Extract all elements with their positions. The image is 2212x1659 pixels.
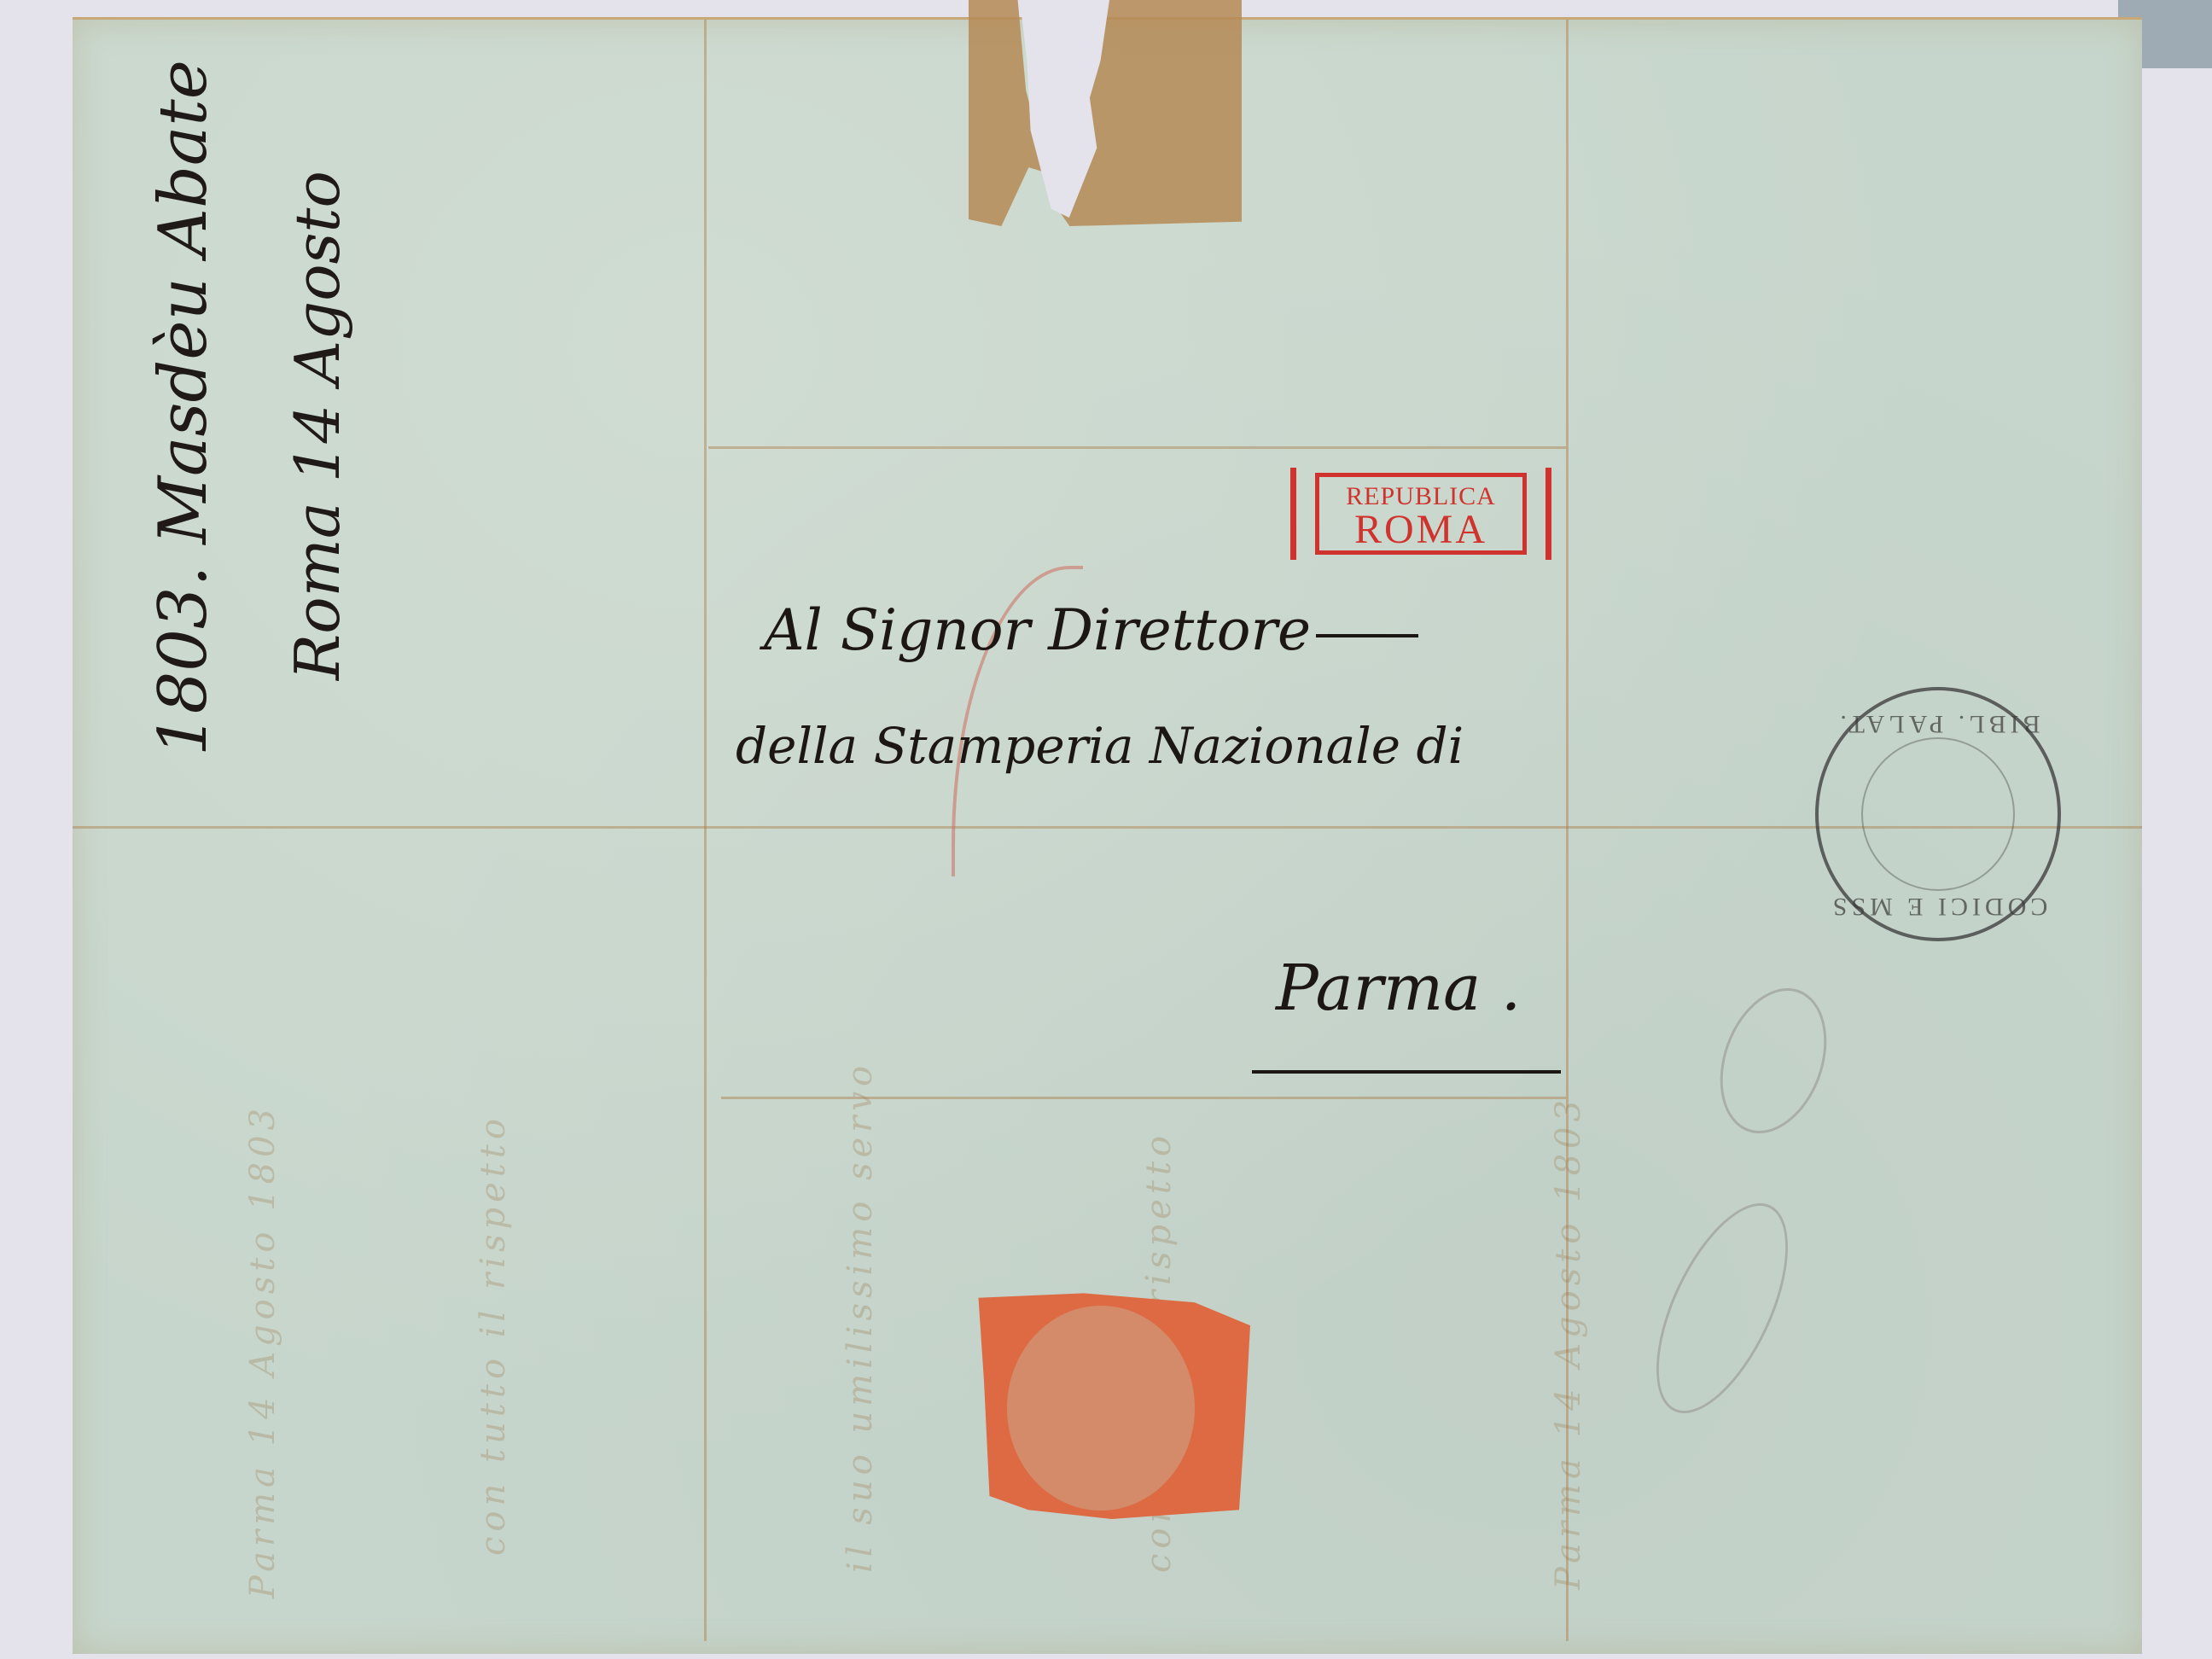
address-line1: Al Signor Direttore: [764, 597, 1418, 663]
address-line1-text: Al Signor Direttore: [764, 597, 1311, 663]
library-circular-stamp: BIBL. PALAT. CODICI E MSS: [1815, 687, 2061, 941]
postmark-line2: ROMA: [1319, 511, 1522, 549]
bleed-through-text: Parma 14 Agosto 1803: [243, 916, 282, 1598]
bleed-through-text: Parma 14 Agosto 1803: [1549, 839, 1588, 1590]
flourish-icon: [1316, 634, 1418, 637]
seal-impression: [1007, 1306, 1195, 1511]
stamp-top-text: BIBL. PALAT.: [1819, 709, 2058, 738]
address-city: Parma .: [1276, 952, 1521, 1025]
address-line2: della Stamperia Nazionale di: [736, 717, 1464, 775]
postmark-repubblica-roma: REPUBLICA ROMA: [1290, 468, 1551, 560]
bleed-through-text: il suo umilissimo servo: [841, 293, 880, 1573]
torn-seal-remnant: [969, 0, 1242, 226]
stamp-bottom-text: CODICI E MSS: [1819, 892, 2058, 921]
stamp-inner-ring: [1861, 737, 2015, 891]
fold-line-top-panel: [708, 446, 1566, 449]
postmark-frame: REPUBLICA ROMA: [1315, 473, 1527, 555]
docket-note-line2: Roma 14 Agosto: [282, 171, 353, 785]
fold-line-left: [704, 20, 707, 1641]
red-wax-seal: [973, 1289, 1250, 1519]
docket-note-line1: 1803. Masdèu Abate: [145, 60, 222, 777]
address-underline: [1252, 1070, 1561, 1074]
bleed-through-text: con tutto il rispetto: [474, 276, 513, 1556]
